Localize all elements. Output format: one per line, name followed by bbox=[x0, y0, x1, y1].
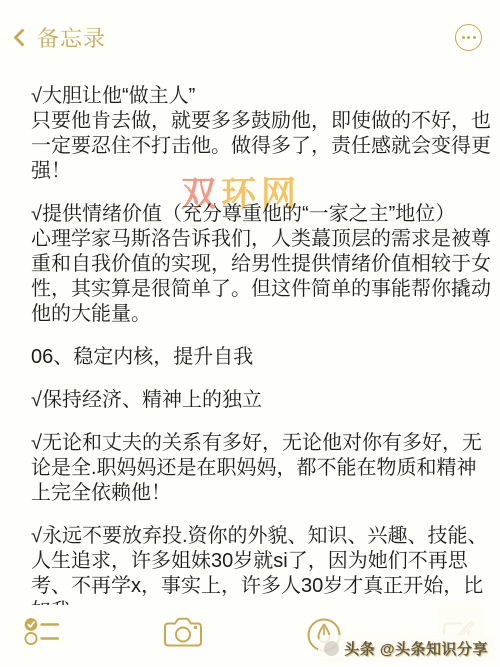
note-paragraph: √无论和丈夫的关系有多好，无论他对你有多好，无论是全.职妈妈还是在职妈妈，都不能… bbox=[31, 431, 492, 506]
camera-icon[interactable] bbox=[163, 617, 203, 653]
top-navbar: 备忘录 bbox=[0, 18, 500, 56]
note-paragraph: √保持经济、精神上的独立 bbox=[31, 388, 492, 413]
channel-watermark: 头条 @头条知识分享 bbox=[318, 635, 494, 662]
notes-app-screen: 备忘录 双环网 √大胆让他“做主人” 只要他肯去做，就要多多鼓励他，即使做的不好… bbox=[0, 0, 500, 667]
note-paragraph: 06、稳定内核，提升自我 bbox=[31, 345, 492, 370]
checklist-icon[interactable] bbox=[24, 617, 60, 651]
toutiao-logo-icon bbox=[324, 641, 339, 656]
note-paragraph: √提供情绪价值（充分尊重他的“一家之主”地位） 心理学家马斯洛告诉我们，人类蕞顶… bbox=[31, 202, 492, 327]
back-button[interactable]: 备忘录 bbox=[12, 22, 106, 53]
more-options-icon[interactable] bbox=[455, 24, 482, 51]
note-paragraph: √大胆让他“做主人” 只要他肯去做，就要多多鼓励他，即使做的不好，也一定要忍住不… bbox=[31, 84, 492, 184]
back-chevron-icon bbox=[13, 28, 31, 46]
channel-watermark-text: 头条 @头条知识分享 bbox=[344, 638, 488, 659]
back-label: 备忘录 bbox=[37, 22, 106, 53]
note-editor[interactable]: √大胆让他“做主人” 只要他肯去做，就要多多鼓励他，即使做的不好，也一定要忍住不… bbox=[0, 84, 500, 642]
